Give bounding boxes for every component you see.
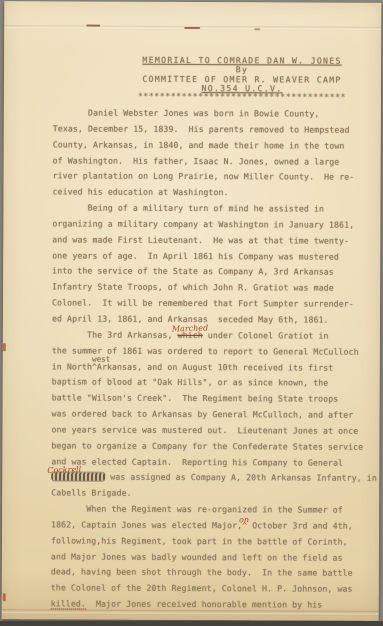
document-line: ceived his education at Washington.: [52, 185, 366, 202]
document-paper: MEMORIAL TO COMRADE DAN W. JONES By COMM…: [2, 1, 382, 621]
document-line: and Major Jones was badly wounded and le…: [51, 549, 365, 566]
typed-text: his Regiment, took part in the battle of…: [101, 535, 347, 546]
document-line: began to organize a Company for the Conf…: [51, 438, 365, 455]
typed-text: under Colonel Gratiot in: [203, 330, 329, 341]
asterisk-rule: **************************************: [134, 92, 350, 102]
typed-text: County, Arkansas, in 1840, and made thei…: [53, 139, 345, 150]
typed-text: river plantation on Long Prairie, now Mi…: [53, 171, 355, 182]
document-line: and was made First Lieutenant. He was at…: [52, 232, 366, 249]
typed-text: one years of age. In April 1861 his Comp…: [52, 250, 339, 261]
document-line: Daniel Webster Jones was born in Bowie C…: [53, 105, 367, 122]
document-line: Texas, December 15, 1839. His parents re…: [53, 121, 367, 138]
stain-speck: [254, 28, 260, 30]
typed-text: Cabells Brigade.: [51, 488, 132, 498]
document-line: Infantry State Troops, of which John R. …: [52, 280, 366, 297]
typed-text: in North: [52, 361, 92, 371]
typed-text: organizing a military company at Washing…: [52, 218, 354, 229]
handwritten-note: on: [239, 512, 249, 528]
document-line: ed April 13, 1861, and Arkansas seceded …: [52, 311, 366, 328]
document-line: Being of a military turn of mind he assi…: [52, 200, 366, 217]
document-line: When the Regiment was re-organized in th…: [51, 501, 365, 518]
typed-text: baptism of blood at "Oak Hills", or as s…: [52, 377, 329, 388]
document-line: in Northwest^Arkansas, and on August 10t…: [52, 359, 366, 376]
typed-text: Texas, December 15, 1839. His parents re…: [53, 123, 350, 134]
typed-text: The 3rd Arkansas,: [52, 329, 178, 340]
document-line: Cabells Brigade.: [51, 486, 365, 503]
typed-text: following: [51, 535, 96, 545]
document-line: following,his Regiment, took part in the…: [51, 533, 365, 550]
document-title-block: MEMORIAL TO COMRADE DAN W. JONES By COMM…: [134, 56, 350, 102]
document-line: County, Arkansas, in 1840, and made thei…: [53, 137, 367, 154]
typed-text: Arkansas, and on August 10th received it…: [97, 361, 333, 372]
redcaret-text: ^on: [242, 520, 247, 530]
typed-text: October 3rd and 4th,: [247, 520, 353, 530]
typed-text: 1862, Captain Jones was elected Major,: [51, 519, 242, 530]
photo-bottom-edge: [0, 621, 383, 626]
document-line: and was elected Captain. Reporting his C…: [51, 454, 365, 471]
document-line: organizing a military company at Washing…: [52, 216, 366, 233]
handwritten-note: Marched: [171, 320, 208, 337]
typed-text: was assigned as Company A, 20th Arkansas…: [105, 472, 377, 483]
typed-text: one years service was mustered out. Lieu…: [51, 424, 358, 435]
typed-text: Daniel Webster Jones was born in Bowie C…: [53, 107, 320, 118]
fold-crease-bottom: [2, 609, 379, 616]
document-line: one years service was mustered out. Lieu…: [51, 422, 365, 439]
document-line: the Colonel of the 20th Regiment, Colone…: [51, 581, 365, 598]
document-line: river plantation on Long Prairie, now Mi…: [53, 169, 367, 186]
typed-text: began to organize a Company for the Conf…: [51, 440, 363, 451]
document-line: The 3rd Arkansas, whichMarched under Col…: [52, 327, 366, 344]
strike-text: whichMarched: [178, 330, 203, 340]
typed-text: Being of a military turn of mind he assi…: [52, 202, 324, 213]
typed-text: Colonel. It will be remembered that Fort…: [52, 298, 354, 309]
typed-text: into the service of the State as Company…: [52, 266, 334, 277]
document-line: baptism of blood at "Oak Hills", or as s…: [52, 375, 366, 392]
stain-speck: [184, 27, 200, 29]
typed-text: and was made First Lieutenant. He was at…: [52, 234, 349, 245]
typed-text: and Major Jones was badly wounded and le…: [51, 551, 343, 562]
handwritten-note: Cockrell: [47, 462, 81, 479]
document-body: Daniel Webster Jones was born in Bowie C…: [51, 105, 367, 613]
document-line: into the service of the State as Company…: [52, 264, 366, 281]
document-line: one years of age. In April 1861 his Comp…: [52, 248, 366, 265]
document-line: 1862, Captain Jones was elected Major,^o…: [51, 517, 365, 534]
document-line: battle "Wilson's Creek". The Regiment be…: [52, 391, 366, 408]
typed-text: Infantry State Troops, of which John R. …: [52, 282, 334, 293]
typed-text: ceived his education at Washington.: [52, 187, 228, 198]
typed-text: Major Jones received honorable mention b…: [86, 599, 322, 610]
red-margin-mark: [3, 593, 6, 601]
red-margin-mark: [3, 343, 6, 351]
typed-text: the Colonel of the 20th Regiment, Colone…: [51, 583, 353, 594]
document-line: Cockrell was assigned as Company A, 20th…: [51, 470, 365, 487]
typed-text: When the Regiment was re-organized in th…: [51, 503, 343, 514]
typed-text: was ordered back to Arkansas by General …: [52, 408, 354, 419]
typed-text: dead, having been shot through the body.…: [51, 567, 353, 578]
document-line: of Washington. His father, Isaac N. Jone…: [53, 153, 367, 170]
underdots-text: killed.: [51, 599, 86, 609]
document-line: Colonel. It will be remembered that Fort…: [52, 296, 366, 313]
typed-text: battle "Wilson's Creek". The Regiment be…: [52, 393, 339, 404]
stain-speck: [86, 25, 100, 27]
document-line: was ordered back to Arkansas by General …: [52, 406, 366, 423]
scribble-text: Cockrell: [51, 473, 105, 481]
typed-text: and was elected Captain. Reporting his C…: [51, 456, 343, 467]
typed-text: of Washington. His father, Isaac N. Jone…: [53, 155, 340, 166]
document-line: dead, having been shot through the body.…: [51, 565, 365, 582]
